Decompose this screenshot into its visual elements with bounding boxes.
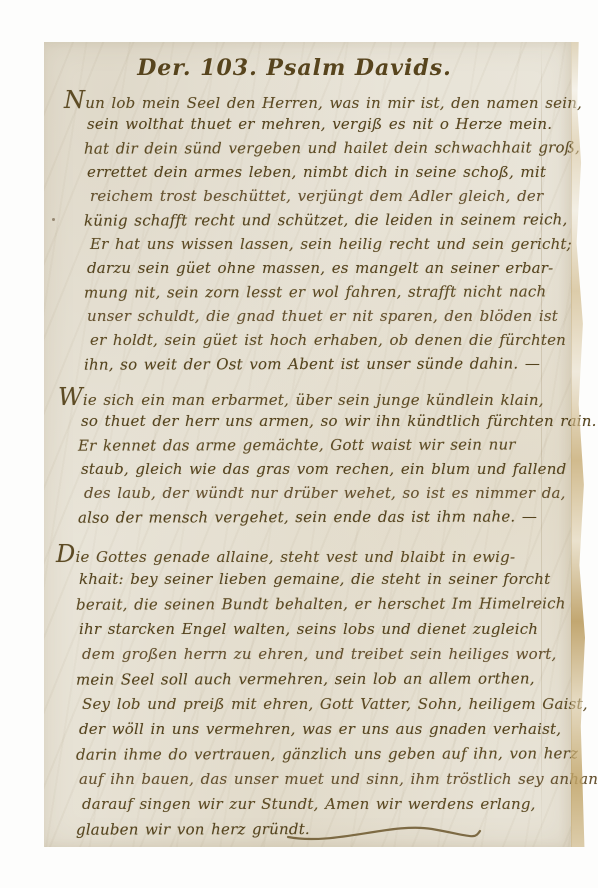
- manuscript-line: Die Gottes genade allaine, steht vest un…: [82, 542, 565, 567]
- ink-speck: [52, 218, 55, 221]
- manuscript-line: künig schafft recht und schützet, die le…: [84, 207, 559, 232]
- manuscript-line: reichem trost beschüttet, verjüngt dem A…: [90, 184, 565, 208]
- manuscript-line: sein wolthat thuet er mehren, vergiß es …: [87, 112, 562, 136]
- manuscript-line: Er kennet das arme gemächte, Gott waist …: [78, 432, 559, 457]
- manuscript-line: unser schuldt, die gnad thuet er nit spa…: [87, 304, 562, 328]
- manuscript-line: Nun lob mein Seel den Herren, was in mir…: [90, 88, 565, 112]
- manuscript-line: dem großen herrn zu ehren, und treibet s…: [82, 642, 565, 667]
- manuscript-line: ihr starcken Engel walten, seins lobs un…: [79, 617, 562, 642]
- manuscript-line: hat dir dein sünd vergeben und hailet de…: [84, 135, 559, 160]
- fold-crease: [541, 42, 542, 847]
- manuscript-line: berait, die seinen Bundt behalten, er he…: [76, 591, 559, 617]
- stanza-block-1: Nun lob mein Seel den Herren, was in mir…: [44, 88, 571, 376]
- manuscript-line: darin ihme do vertrauen, gänzlich uns ge…: [76, 741, 559, 767]
- manuscript-line: Er hat uns wissen lassen, sein heilig re…: [90, 232, 565, 256]
- manuscript-line: errettet dein armes leben, nimbt dich in…: [87, 160, 562, 184]
- manuscript-line: auf ihn bauen, das unser muet und sinn, …: [79, 767, 562, 792]
- manuscript-line: mung nit, sein zorn lesst er wol fahren,…: [84, 279, 559, 304]
- manuscript-line: ihn, so weit der Ost vom Abent ist unser…: [84, 351, 559, 376]
- page-edge-deckle: [571, 42, 585, 847]
- manuscript-line: er holdt, sein güet ist hoch erhaben, ob…: [90, 328, 565, 352]
- manuscript-line: staub, gleich wie das gras vom rechen, e…: [81, 457, 562, 481]
- manuscript-line: darauf singen wir zur Stundt, Amen wir w…: [82, 792, 565, 817]
- end-flourish-icon: [284, 820, 484, 846]
- manuscript-line: also der mensch vergehet, sein ende das …: [78, 504, 559, 529]
- page-title: Der. 103. Psalm Davids.: [31, 54, 558, 82]
- manuscript-line: des laub, der wündt nur drüber wehet, so…: [84, 481, 565, 505]
- manuscript-line: darzu sein güet ohne massen, es mangelt …: [87, 256, 562, 280]
- manuscript-line: so thuet der herr uns armen, so wir ihn …: [81, 409, 562, 433]
- stanza-block-2: Wie sich ein man erbarmet, über sein jun…: [44, 385, 571, 529]
- manuscript-line: Wie sich ein man erbarmet, über sein jun…: [84, 385, 565, 409]
- scan-background: Der. 103. Psalm Davids. Nun lob mein See…: [0, 0, 598, 888]
- manuscript-line: khait: bey seiner lieben gemaine, die st…: [79, 567, 562, 592]
- manuscript-page: Der. 103. Psalm Davids. Nun lob mein See…: [44, 42, 572, 847]
- manuscript-line: mein Seel soll auch vermehren, sein lob …: [76, 666, 559, 692]
- stanza-block-3: Die Gottes genade allaine, steht vest un…: [44, 542, 571, 842]
- manuscript-line: Sey lob und preiß mit ehren, Gott Vatter…: [82, 692, 565, 717]
- manuscript-line: der wöll in uns vermehren, was er uns au…: [79, 717, 562, 742]
